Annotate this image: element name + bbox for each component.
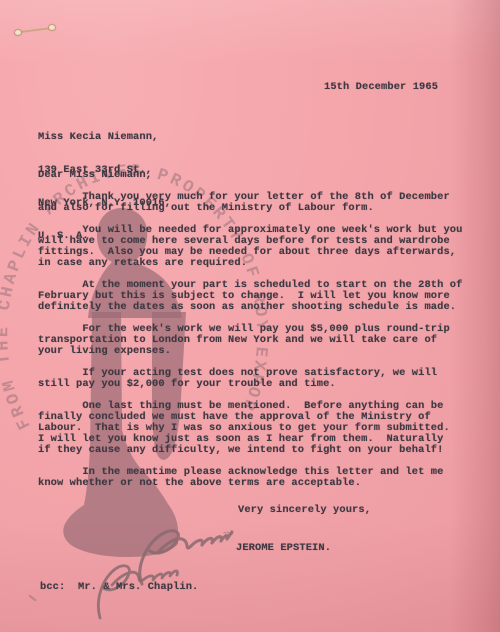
staple-bar	[20, 27, 52, 32]
salutation-line: Dear Miss Niemann,	[38, 170, 152, 181]
letter-body: Thank you very much for your letter of t…	[38, 192, 462, 489]
letter-page: FROM THE CHAPLIN ARCHIVES PROPERTY OF RO…	[0, 0, 500, 632]
closing-line: Very sincerely yours,	[238, 505, 371, 516]
signer-name: JEROME EPSTEIN.	[236, 543, 331, 554]
trademark-symbol: TM	[223, 530, 234, 539]
staple-hole-right	[49, 25, 55, 30]
staple-mark	[14, 22, 58, 38]
date-line: 15th December 1965	[324, 82, 438, 93]
address-line-name: Miss Kecia Niemann,	[38, 132, 171, 143]
staple-hole-left	[15, 30, 21, 35]
bcc-line: bcc: Mr. & Mrs. Chaplin.	[40, 582, 198, 593]
